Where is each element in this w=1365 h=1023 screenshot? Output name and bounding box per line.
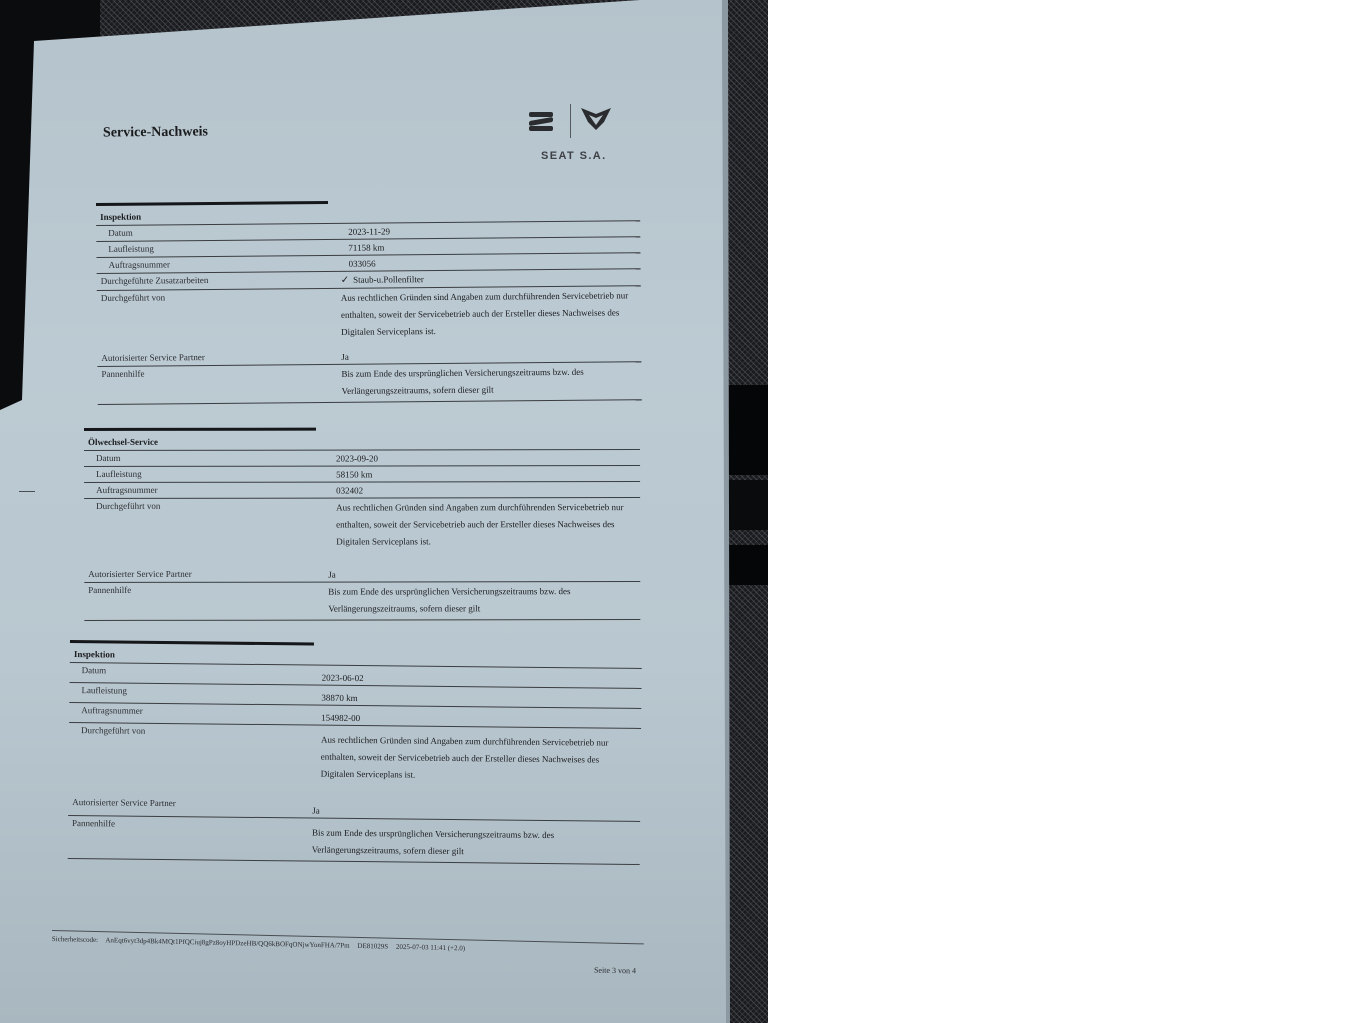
table-row: Autorisierter Service PartnerJa — [84, 566, 640, 583]
document-footer: Sicherheitscode: AnEqt6vyt3dp4Bk4MQt1PfQ… — [52, 930, 644, 956]
table-row: PannenhilfeBis zum Ende des ursprünglich… — [68, 816, 640, 865]
checkmark-icon: ✓ — [341, 275, 349, 286]
document-id: DE81029S — [357, 942, 388, 951]
table-row: Durchgeführt vonAus rechtlichen Gründen … — [68, 723, 641, 801]
table-row: PannenhilfeBis zum Ende des ursprünglich… — [84, 582, 640, 621]
table-row: Datum2023-09-20 — [84, 450, 640, 467]
security-label: Sicherheitscode: — [52, 935, 98, 944]
table-row: PannenhilfeBis zum Ende des ursprünglich… — [97, 362, 641, 405]
section-rule — [96, 201, 328, 206]
security-code-line: Sicherheitscode: AnEqt6vyt3dp4Bk4MQt1PfQ… — [52, 935, 644, 956]
document-title: Service-Nachweis — [103, 124, 208, 141]
brand-logo: SEAT S.A. — [526, 102, 621, 162]
margin-mark — [19, 491, 35, 492]
section-heading: Ölwechsel-Service — [84, 434, 640, 451]
table-row: Durchgeführt vonAus rechtlichen Gründen … — [84, 498, 640, 567]
service-section: Inspektion Datum2023-06-02 Laufleistung3… — [68, 640, 642, 865]
document: Service-Nachweis SEAT S.A. Inspektion Da… — [0, 0, 768, 1023]
page-number: Seite 3 von 4 — [594, 966, 636, 976]
seat-logo-icon — [529, 112, 553, 132]
logo-divider — [570, 104, 571, 138]
company-name: SEAT S.A. — [541, 150, 607, 162]
table-row: Auftragsnummer032402 — [84, 482, 640, 499]
security-code: AnEqt6vyt3dp4Bk4MQt1PfQCiuj8gPz8oyHPDzeH… — [105, 936, 349, 950]
table-row: Durchgeführt vonAus rechtlichen Gründen … — [97, 286, 642, 351]
service-section: Ölwechsel-Service Datum2023-09-20 Laufle… — [84, 427, 640, 621]
section-rule — [84, 428, 316, 431]
photo: Service-Nachweis SEAT S.A. Inspektion Da… — [0, 0, 768, 1023]
service-section: Inspektion Datum2023-11-29 Laufleistung7… — [96, 198, 642, 405]
section-rule — [70, 640, 314, 646]
timestamp: 2025-07-03 11:41 (+2.0) — [396, 943, 465, 953]
cupra-logo-icon — [580, 106, 612, 132]
table-row: Laufleistung58150 km — [84, 466, 640, 483]
